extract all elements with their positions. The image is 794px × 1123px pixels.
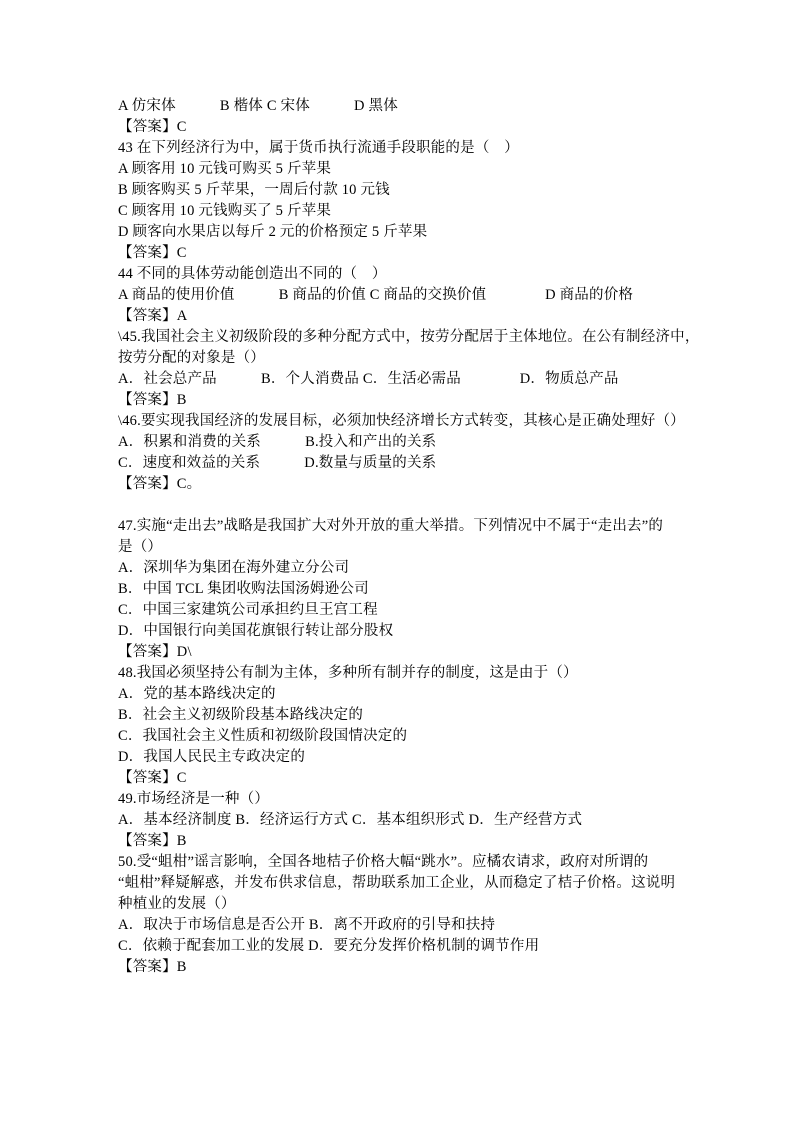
q46-question: \46.要实现我国经济的发展目标，必须加快经济增长方式转变，其核心是正确处理好（…: [118, 411, 738, 432]
q43-option-a: A 顾客用 10 元钱可购买 5 斤苹果: [118, 159, 738, 180]
q50-options-ab: A．取决于市场信息是否公开 B．离不开政府的引导和扶持: [118, 915, 738, 936]
q48-option-c: C．我国社会主义性质和初级阶段国情决定的: [118, 726, 738, 747]
q50-question-line1: 50.受“蛆柑”谣言影响，全国各地桔子价格大幅“跳水”。应橘农请求，政府对所谓的: [118, 852, 738, 873]
q44-answer: 【答案】A: [118, 306, 738, 327]
q48-option-a: A．党的基本路线决定的: [118, 684, 738, 705]
q43-option-d: D 顾客向水果店以每斤 2 元的价格预定 5 斤苹果: [118, 222, 738, 243]
q43-option-b: B 顾客购买 5 斤苹果，一周后付款 10 元钱: [118, 180, 738, 201]
q46-answer: 【答案】C。: [118, 474, 738, 495]
q45-answer: 【答案】B: [118, 390, 738, 411]
q50-question-line3: 种植业的发展（）: [118, 894, 738, 915]
q43-option-c: C 顾客用 10 元钱购买了 5 斤苹果: [118, 201, 738, 222]
q44-options: A 商品的使用价值 B 商品的价值 C 商品的交换价值 D 商品的价格: [118, 285, 738, 306]
q42-options: A 仿宋体 B 楷体 C 宋体 D 黑体: [118, 96, 738, 117]
q47-option-c: C．中国三家建筑公司承担约旦王宫工程: [118, 600, 738, 621]
q42-answer: 【答案】C: [118, 117, 738, 138]
q48-answer: 【答案】C: [118, 768, 738, 789]
q50-answer: 【答案】B: [118, 957, 738, 978]
q45-options: A．社会总产品 B．个人消费品 C．生活必需品 D．物质总产品: [118, 369, 738, 390]
q48-option-d: D．我国人民民主专政决定的: [118, 747, 738, 768]
q43-question: 43 在下列经济行为中，属于货币执行流通手段职能的是（ ）: [118, 138, 738, 159]
q47-option-a: A．深圳华为集团在海外建立分公司: [118, 558, 738, 579]
exam-page: A 仿宋体 B 楷体 C 宋体 D 黑体【答案】C43 在下列经济行为中，属于货…: [0, 0, 794, 1123]
q45-question-line1: \45.我国社会主义初级阶段的多种分配方式中，按劳分配居于主体地位。在公有制经济…: [118, 327, 738, 348]
q50-options-cd: C．依赖于配套加工业的发展 D．要充分发挥价格机制的调节作用: [118, 936, 738, 957]
q47-option-d: D．中国银行向美国花旗银行转让部分股权: [118, 621, 738, 642]
q46-options-cd: C．速度和效益的关系 D.数量与质量的关系: [118, 453, 738, 474]
q46-options-ab: A．积累和消费的关系 B.投入和产出的关系: [118, 432, 738, 453]
q47-question-line1: 47.实施“走出去”战略是我国扩大对外开放的重大举措。下列情况中不属于“走出去”…: [118, 516, 738, 537]
q47-option-b: B．中国 TCL 集团收购法国汤姆逊公司: [118, 579, 738, 600]
q43-answer: 【答案】C: [118, 243, 738, 264]
q49-options: A．基本经济制度 B．经济运行方式 C．基本组织形式 D．生产经营方式: [118, 810, 738, 831]
q44-question: 44 不同的具体劳动能创造出不同的（ ）: [118, 264, 738, 285]
document-body: A 仿宋体 B 楷体 C 宋体 D 黑体【答案】C43 在下列经济行为中，属于货…: [118, 96, 738, 978]
q47-answer: 【答案】D\: [118, 642, 738, 663]
blank-line: [118, 495, 738, 516]
q50-question-line2: “蛆柑”释疑解惑，并发布供求信息，帮助联系加工企业，从而稳定了桔子价格。这说明: [118, 873, 738, 894]
q49-answer: 【答案】B: [118, 831, 738, 852]
q49-question: 49.市场经济是一种（）: [118, 789, 738, 810]
q45-question-line2: 按劳分配的对象是（）: [118, 348, 738, 369]
q48-question: 48.我国必须坚持公有制为主体，多种所有制并存的制度，这是由于（）: [118, 663, 738, 684]
q47-question-line2: 是（）: [118, 537, 738, 558]
q48-option-b: B．社会主义初级阶段基本路线决定的: [118, 705, 738, 726]
